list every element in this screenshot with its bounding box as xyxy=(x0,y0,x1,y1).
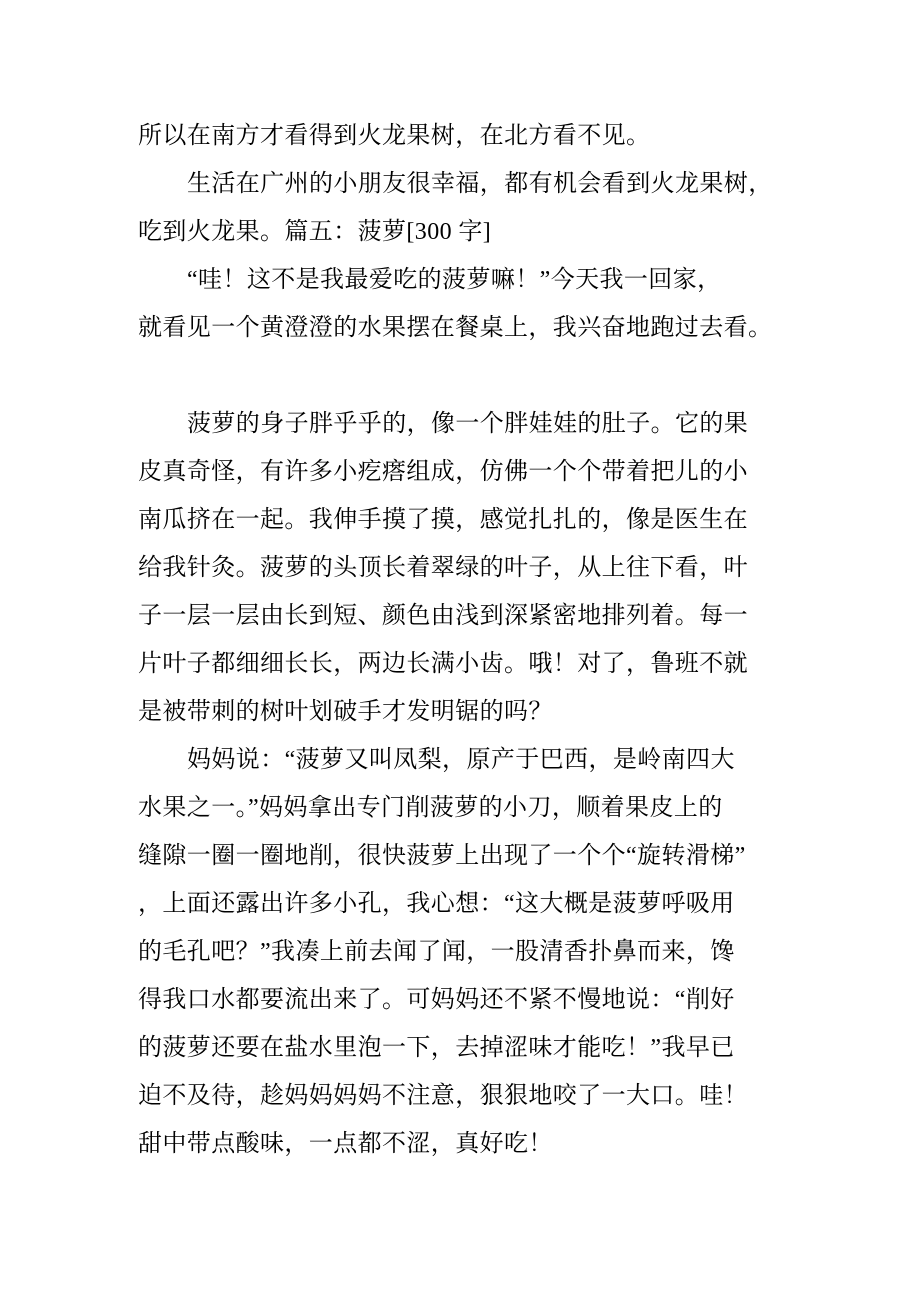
text-line: 妈妈说：“菠萝又叫凤梨，原产于巴西，是岭南四大 xyxy=(138,736,798,784)
document-page: 所以在南方才看得到火龙果树，在北方看不见。 生活在广州的小朋友很幸福，都有机会看… xyxy=(0,0,920,1302)
text-line: 生活在广州的小朋友很幸福，都有机会看到火龙果树， xyxy=(138,160,798,208)
text-line: 所以在南方才看得到火龙果树，在北方看不见。 xyxy=(138,112,798,160)
text-line: 水果之一。”妈妈拿出专门削菠萝的小刀，顺着果皮上的 xyxy=(138,784,798,832)
text-line: 的毛孔吧？”我凑上前去闻了闻，一股清香扑鼻而来，馋 xyxy=(138,928,798,976)
text-line: “哇！这不是我最爱吃的菠萝嘛！”今天我一回家， xyxy=(138,256,798,304)
text-line-blank xyxy=(138,352,798,400)
text-line: 南瓜挤在一起。我伸手摸了摸，感觉扎扎的，像是医生在 xyxy=(138,496,798,544)
text-line: 甜中带点酸味，一点都不涩，真好吃！ xyxy=(138,1120,798,1168)
text-line: 吃到火龙果。篇五：菠萝[300 字] xyxy=(138,208,798,256)
text-line: 子一层一层由长到短、颜色由浅到深紧密地排列着。每一 xyxy=(138,592,798,640)
text-line: 缝隙一圈一圈地削，很快菠萝上出现了一个个“旋转滑梯” xyxy=(138,832,798,880)
text-line: 菠萝的身子胖乎乎的，像一个胖娃娃的肚子。它的果 xyxy=(138,400,798,448)
text-line: 给我针灸。菠萝的头顶长着翠绿的叶子，从上往下看，叶 xyxy=(138,544,798,592)
text-line: 得我口水都要流出来了。可妈妈还不紧不慢地说：“削好 xyxy=(138,976,798,1024)
text-line: 迫不及待，趁妈妈妈妈不注意，狠狠地咬了一大口。哇！ xyxy=(138,1072,798,1120)
text-line: 是被带刺的树叶划破手才发明锯的吗？ xyxy=(138,688,798,736)
text-line: 皮真奇怪，有许多小疙瘩组成，仿佛一个个带着把儿的小 xyxy=(138,448,798,496)
text-line: 片叶子都细细长长，两边长满小齿。哦！对了，鲁班不就 xyxy=(138,640,798,688)
essay-text-block: 所以在南方才看得到火龙果树，在北方看不见。 生活在广州的小朋友很幸福，都有机会看… xyxy=(138,112,798,1168)
text-line: 的菠萝还要在盐水里泡一下，去掉涩味才能吃！”我早已 xyxy=(138,1024,798,1072)
text-line: 就看见一个黄澄澄的水果摆在餐桌上，我兴奋地跑过去看。 xyxy=(138,304,798,352)
text-line: ，上面还露出许多小孔，我心想：“这大概是菠萝呼吸用 xyxy=(138,880,798,928)
